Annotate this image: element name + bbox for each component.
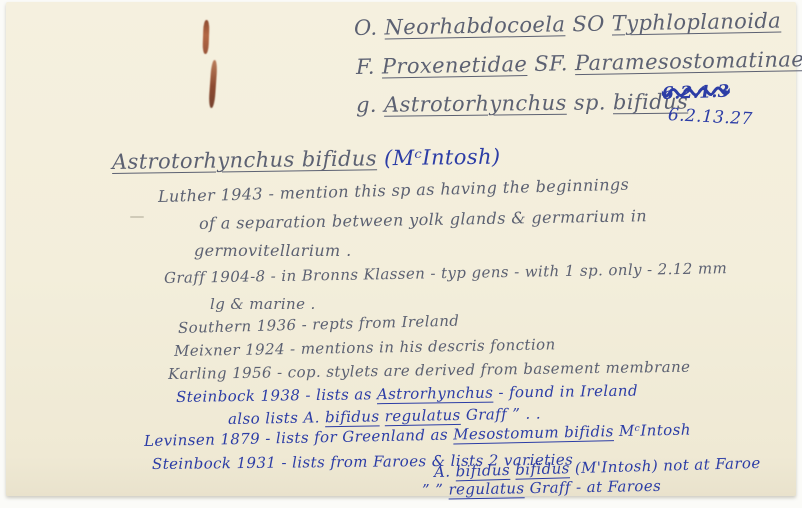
- handwritten-line-graff2: lg & marine .: [210, 295, 316, 313]
- text-segment: Typhloplanoida: [612, 9, 782, 36]
- handwritten-line-graff1: Graff 1904-8 - in Bronns Klassen - typ g…: [164, 259, 727, 287]
- handwritten-line-luther1: Luther 1943 - mention this sp as having …: [158, 175, 630, 206]
- handwritten-line-karling: Karling 1956 - cop. stylets are derived …: [168, 358, 691, 383]
- text-segment: SF.: [527, 51, 575, 76]
- text-segment: F.: [356, 55, 382, 79]
- text-segment: ” ”: [422, 481, 449, 499]
- text-segment: 6.2.13.27: [667, 105, 753, 129]
- text-segment: 6.2.1.3: [662, 82, 731, 104]
- text-segment: Graff 1904-8 - in Bronns Klassen - typ g…: [164, 259, 727, 287]
- text-segment: also lists A.: [228, 408, 325, 428]
- text-segment: Luther 1943 - mention this sp as having …: [158, 175, 630, 206]
- text-segment: Astrotorhynchus: [384, 91, 567, 117]
- handwritten-line-luther3: germovitellarium .: [194, 241, 352, 260]
- text-segment: (M'Intosh) not at Faroe: [569, 454, 760, 477]
- handwritten-line-meixner: Meixner 1924 - mentions in his descris f…: [174, 335, 556, 360]
- text-segment: Proxenetidae: [382, 52, 528, 79]
- handwritten-line-head: Astrotorhynchus bifidus (MᶜIntosh): [112, 145, 501, 174]
- rust-stain-icon: [208, 60, 217, 108]
- text-segment: Graff - at Faroes: [524, 477, 661, 497]
- text-segment: Paramesostomatinae: [575, 47, 802, 75]
- text-segment: (MᶜIntosh): [377, 145, 501, 171]
- handwritten-line-tax2: F. Proxenetidae SF. Paramesostomatinae: [356, 47, 802, 79]
- handwritten-line-luther2: of a separation between yolk glands & ge…: [199, 206, 647, 233]
- handwritten-line-variety2: ” ” regulatus Graff - at Faroes: [422, 477, 661, 499]
- text-segment: O.: [354, 15, 385, 40]
- text-segment: bifidus: [515, 459, 570, 479]
- text-segment: Neorhabdocoela: [384, 12, 565, 39]
- text-segment: Southern 1936 - repts from Ireland: [178, 312, 460, 337]
- text-segment: lg & marine .: [210, 295, 316, 313]
- handwritten-line-tax1: O. Neorhabdocoela SO Typhloplanoida: [354, 9, 782, 40]
- text-segment: - found in Ireland: [493, 382, 638, 402]
- handwritten-line-levinsen: Levinsen 1879 - lists for Greenland as M…: [144, 421, 691, 450]
- handwritten-line-southern: Southern 1936 - repts from Ireland: [178, 312, 460, 337]
- handwritten-line-numstrike: 6.2.1.3: [662, 82, 731, 104]
- text-segment: Levinsen 1879 - lists for Greenland as: [144, 426, 454, 450]
- text-segment: SO: [565, 12, 612, 37]
- pencil-smudge: [130, 216, 144, 218]
- text-segment: regulatus: [385, 406, 461, 425]
- text-segment: A.: [434, 462, 456, 481]
- handwritten-line-steinbock38: Steinbock 1938 - lists as Astrorhynchus …: [176, 382, 638, 406]
- text-segment: of a separation between yolk glands & ge…: [199, 206, 647, 233]
- text-segment: germovitellarium .: [194, 241, 352, 260]
- text-segment: Steinbock 1938 - lists as: [176, 385, 377, 406]
- text-segment: Karling 1956 - cop. stylets are derived …: [168, 358, 691, 383]
- text-segment: regulatus: [448, 479, 524, 498]
- index-card: O. Neorhabdocoela SO TyphloplanoidaF. Pr…: [6, 2, 796, 496]
- text-segment: bifidus: [325, 407, 380, 426]
- text-segment: Astrotorhynchus bifidus: [112, 146, 377, 174]
- text-segment: bifidus: [455, 461, 510, 481]
- handwritten-line-tax3: g. Astrotorhynchus sp. bifidus: [356, 90, 688, 117]
- text-segment: g.: [356, 93, 384, 117]
- text-segment: Mesostomum bifidis: [453, 422, 614, 443]
- text-segment: MᶜIntosh: [614, 421, 691, 441]
- rust-stain-icon: [202, 20, 209, 54]
- handwritten-line-num: 6.2.13.27: [667, 105, 753, 129]
- text-segment: Meixner 1924 - mentions in his descris f…: [174, 335, 556, 360]
- text-segment: Graff ” . .: [461, 405, 542, 424]
- text-segment: sp.: [567, 90, 613, 114]
- text-segment: Astrorhynchus: [377, 384, 494, 404]
